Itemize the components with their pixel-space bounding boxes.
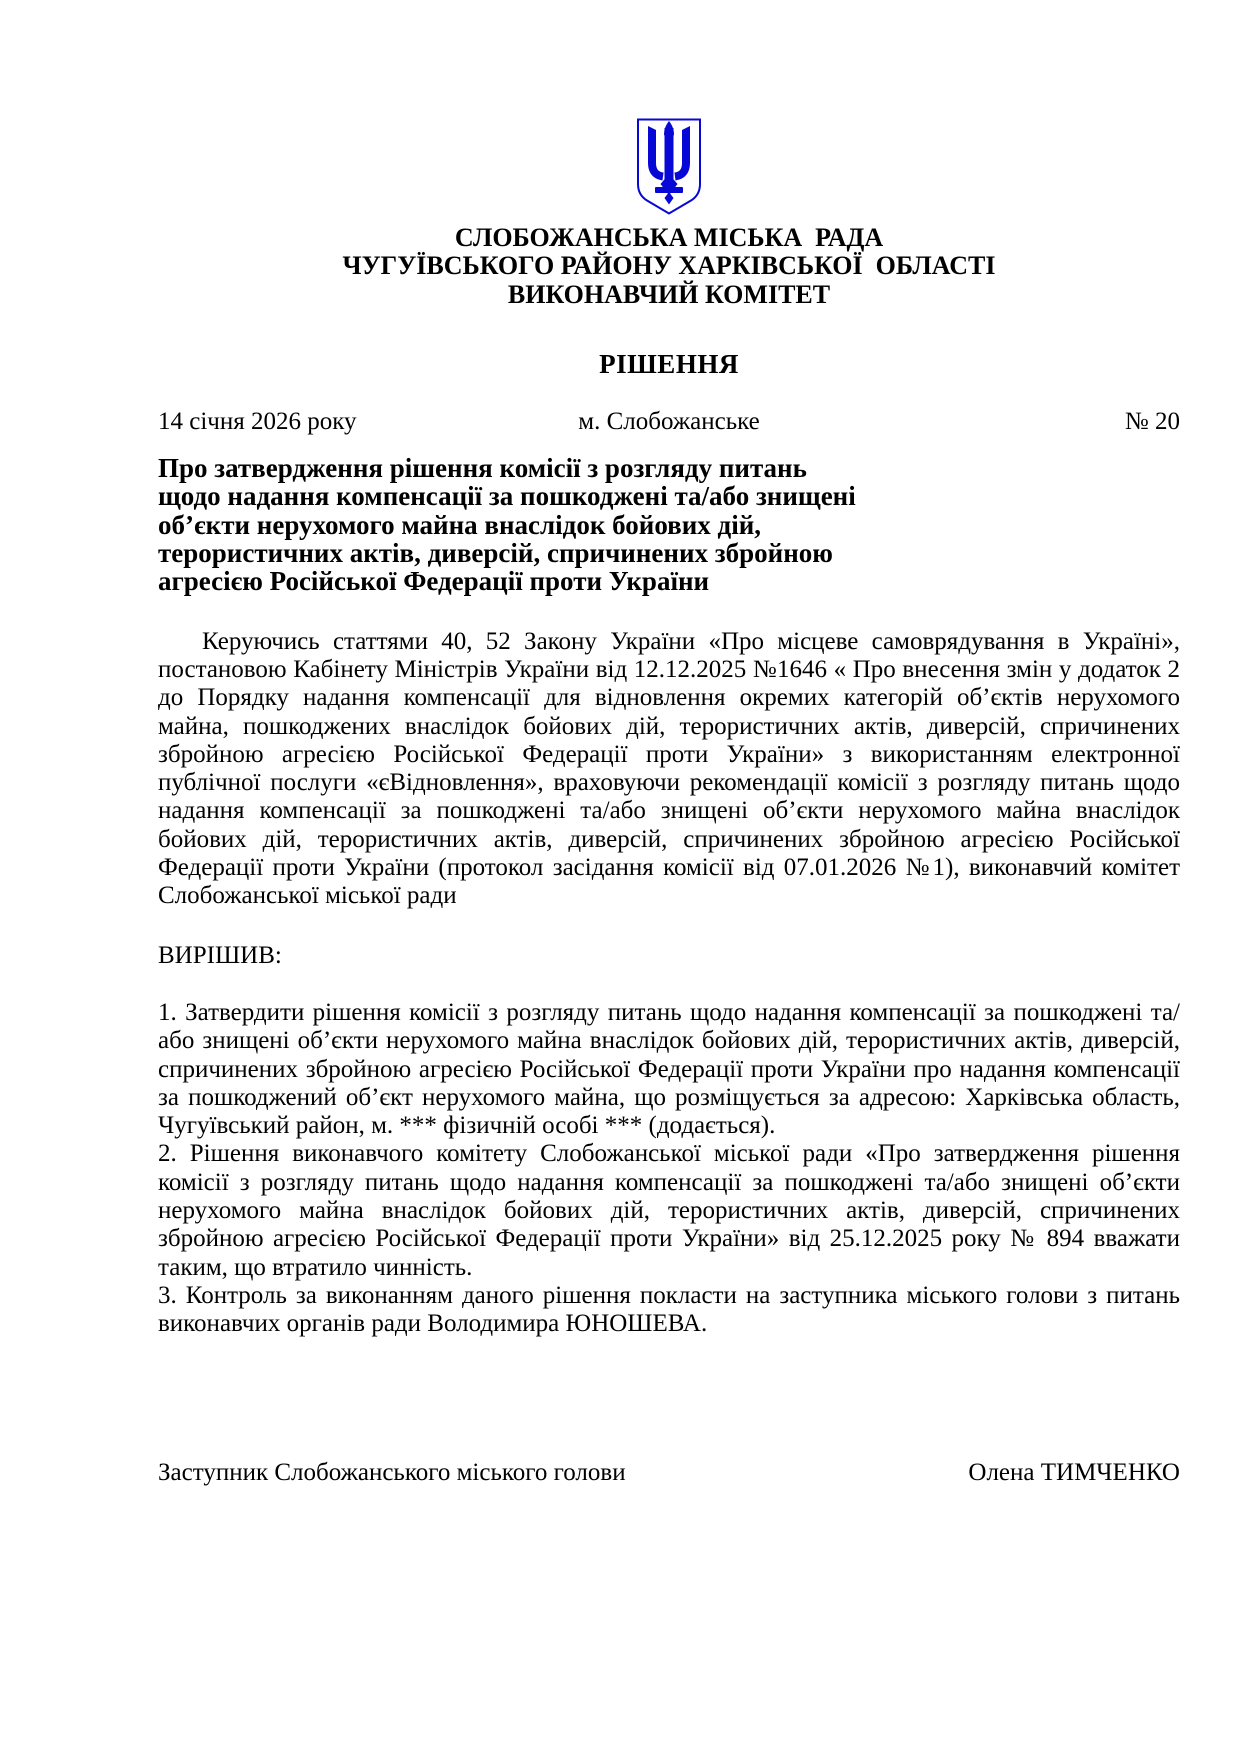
signatory-name: Олена ТИМЧЕНКО [968, 1459, 1180, 1487]
signature-row: Заступник Слобожанського міського голови… [158, 1459, 1180, 1487]
subject-line: терористичних актів, диверсій, спричинен… [158, 539, 1180, 567]
resolution-item-2: 2. Рішення виконавчого комітету Слобожан… [158, 1140, 1180, 1281]
subject-line: об’єкти нерухомого майна внаслідок бойов… [158, 511, 1180, 539]
resolved-label: ВИРІШИВ: [158, 942, 1180, 970]
subject-line: щодо надання компенсації за пошкоджені т… [158, 482, 1180, 510]
org-header: СЛОБОЖАНСЬКА МІСЬКА РАДА ЧУГУЇВСЬКОГО РА… [158, 224, 1180, 309]
org-name-line: СЛОБОЖАНСЬКА МІСЬКА РАДА [158, 224, 1180, 252]
document-date: 14 січня 2026 року [158, 408, 357, 436]
document-page: СЛОБОЖАНСЬКА МІСЬКА РАДА ЧУГУЇВСЬКОГО РА… [0, 0, 1240, 1754]
subject-block: Про затвердження рішення комісії з розгл… [158, 454, 1180, 595]
resolution-item-3: 3. Контроль за виконанням даного рішення… [158, 1282, 1180, 1339]
signatory-position: Заступник Слобожанського міського голови [158, 1459, 626, 1487]
document-type-title: РІШЕННЯ [158, 349, 1180, 379]
org-committee-line: ВИКОНАВЧИЙ КОМІТЕТ [158, 281, 1180, 309]
document-number: № 20 [1125, 408, 1180, 436]
document-place: м. Слобожанське [578, 408, 759, 436]
preamble-paragraph: Керуючись статтями 40, 52 Закону України… [158, 628, 1180, 911]
resolution-items: 1. Затвердити рішення комісії з розгляду… [158, 999, 1180, 1339]
org-district-line: ЧУГУЇВСЬКОГО РАЙОНУ ХАРКІВСЬКОЇ ОБЛАСТІ [158, 252, 1180, 280]
coat-of-arms [158, 118, 1180, 215]
meta-row: 14 січня 2026 року м. Слобожанське № 20 [158, 408, 1180, 436]
resolution-item-1: 1. Затвердити рішення комісії з розгляду… [158, 999, 1180, 1140]
tryzub-emblem-icon [635, 118, 703, 215]
subject-line: агресією Російської Федерації проти Укра… [158, 567, 1180, 595]
subject-line: Про затвердження рішення комісії з розгл… [158, 454, 1180, 482]
